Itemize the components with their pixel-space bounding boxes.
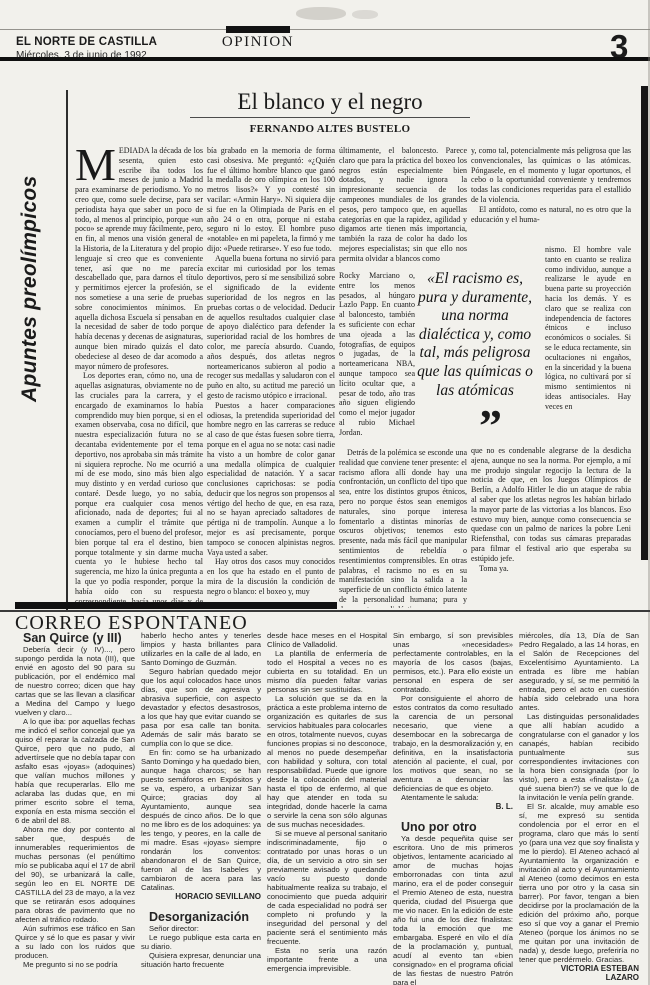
article-column-4-bottom: que no es condenable alegrarse de la des… — [471, 446, 631, 608]
article-paragraph: últimamente, el baloncesto. Parece claro… — [339, 146, 467, 264]
article-column-4-narrow: nismo. El hombre vale tanto en cuanto se… — [545, 245, 631, 445]
article-column-3-top: últimamente, el baloncesto. Parece claro… — [339, 146, 467, 270]
article-byline: FERNANDO ALTES BUSTELO — [190, 123, 470, 135]
letter-paragraph: desde hace meses en el Hospital Clínico … — [267, 631, 387, 649]
article-paragraph: Aquella buena fortuna no sirvió para exc… — [207, 254, 335, 401]
letter-paragraph: Me pregunto si no se podría — [15, 960, 135, 969]
article-paragraph: que no es condenable alegrarse de la des… — [471, 446, 631, 564]
letter-heading: San Quirce (y III) — [15, 631, 135, 645]
letters-column-1: San Quirce (y III) Debería decir (y IV).… — [15, 631, 135, 985]
letter-signature: VICTORIA ESTEBAN LAZARO — [519, 964, 639, 982]
article-column-3-narrow: Rocky Marciano o, entre los menos pesado… — [339, 271, 415, 446]
article-paragraph: bía grabado en la memoria de forma casi … — [207, 146, 335, 254]
article-column-4-top: y, como tal, potencialmente más peligros… — [471, 146, 631, 245]
letter-paragraph: Sin embargo, sí son previsibles unas «ne… — [393, 631, 513, 694]
article-paragraph: Detrás de la polémica se esconde una rea… — [339, 448, 467, 608]
article-title: El blanco y el negro — [190, 89, 470, 115]
letter-paragraph: Seguro habrían quedado mejor que los aqu… — [141, 667, 261, 748]
letter-paragraph: Esta no sería una razón importante frent… — [267, 946, 387, 973]
article-paragraph: y, como tal, potencialmente más peligros… — [471, 146, 631, 205]
letter-heading: Desorganización — [141, 910, 261, 924]
article-column-1: MEDIADA la década de los sesenta, quien … — [75, 146, 203, 608]
letter-paragraph: miércoles, día 13, Día de San Pedro Rega… — [519, 631, 639, 712]
letters-section-bar — [15, 602, 337, 609]
article-paragraph: El antídoto, como es natural, no es otro… — [471, 205, 631, 225]
letter-paragraph: La solución que se da en la práctica a e… — [267, 694, 387, 829]
article-paragraph: Puestos a hacer comparaciones odiosas, l… — [207, 401, 335, 558]
headline-rule — [190, 117, 470, 118]
article-paragraph: Los deportes eran, cómo no, una de aquel… — [75, 371, 203, 608]
letter-paragraph: La plantilla de enfermería de todo el Ho… — [267, 649, 387, 694]
drop-cap: M — [75, 146, 119, 184]
section-bar — [226, 26, 290, 33]
scan-smudge — [352, 10, 378, 19]
letter-paragraph: Señor director: — [141, 924, 261, 933]
letter-paragraph: Atentamente le saluda: — [393, 793, 513, 802]
article-paragraph: Rocky Marciano o, entre los menos pesado… — [339, 271, 415, 438]
letter-paragraph: haberlo hecho antes y tenerles limpios y… — [141, 631, 261, 667]
letter-paragraph: En fin: como se ha urbanizado Santo Domi… — [141, 748, 261, 892]
scan-smudge — [296, 7, 346, 20]
letter-heading: Uno por otro — [393, 820, 513, 834]
article-paragraph: nismo. El hombre vale tanto en cuanto se… — [545, 245, 631, 412]
kicker-divider-rule — [66, 90, 68, 610]
letter-paragraph: Quisiera expresar, denunciar una situaci… — [141, 951, 261, 969]
article-paragraph: Toma ya. — [471, 564, 631, 574]
letter-paragraph: Las distinguidas personalidades que allí… — [519, 712, 639, 802]
letter-signature: HORACIO SEVILLANO — [141, 892, 261, 901]
newspaper-page: EL NORTE DE CASTILLA Miércoles, 3 de jun… — [0, 0, 650, 985]
letter-paragraph: Le ruego publique esta carta en su diari… — [141, 933, 261, 951]
letter-signature: B. L. — [393, 802, 513, 811]
article-column-3-bottom: Detrás de la polémica se esconde una rea… — [339, 448, 467, 608]
letter-paragraph: Ya desde pequeñita quise ser escritora. … — [393, 834, 513, 985]
letter-paragraph: A lo que iba: por aquellas fechas me ind… — [15, 717, 135, 825]
article-column-2: bía grabado en la memoria de forma casi … — [207, 146, 335, 608]
section-label: OPINION — [206, 34, 310, 51]
letters-column-5: miércoles, día 13, Día de San Pedro Rega… — [519, 631, 639, 985]
masthead-paper-name: EL NORTE DE CASTILLA — [16, 36, 157, 48]
letters-column-2: haberlo hecho antes y tenerles limpios y… — [141, 631, 261, 985]
letter-paragraph: Ahora me doy por contento al saber que, … — [15, 825, 135, 924]
letters-column-4: Sin embargo, sí son previsibles unas «ne… — [393, 631, 513, 985]
masthead-rule — [0, 57, 650, 61]
pull-quote: «El racismo es, pura y duramente, una no… — [412, 270, 538, 400]
pull-quote-closing-mark: ” — [479, 403, 500, 449]
letters-column-3: desde hace meses en el Hospital Clínico … — [267, 631, 387, 985]
top-rule — [0, 29, 650, 30]
letter-paragraph: El Sr. alcalde, muy amable eso sí, me ex… — [519, 802, 639, 964]
letter-paragraph: Por consiguiente el ahorro de estos cont… — [393, 694, 513, 793]
letter-paragraph: Aún sufrimos ese tráfico en San Quirce y… — [15, 924, 135, 960]
letter-paragraph: Si se mueve al personal sanitario indisc… — [267, 829, 387, 946]
article-paragraph: MEDIADA la década de los sesenta, quien … — [75, 146, 203, 371]
letter-paragraph: Debería decir (y IV)..., pero supongo pe… — [15, 645, 135, 717]
kicker-label: Apuntes preolímpicos — [18, 175, 42, 402]
article-paragraph: Hay otros dos casos muy conocidos en los… — [207, 557, 335, 596]
scan-edge-bar — [641, 86, 648, 560]
